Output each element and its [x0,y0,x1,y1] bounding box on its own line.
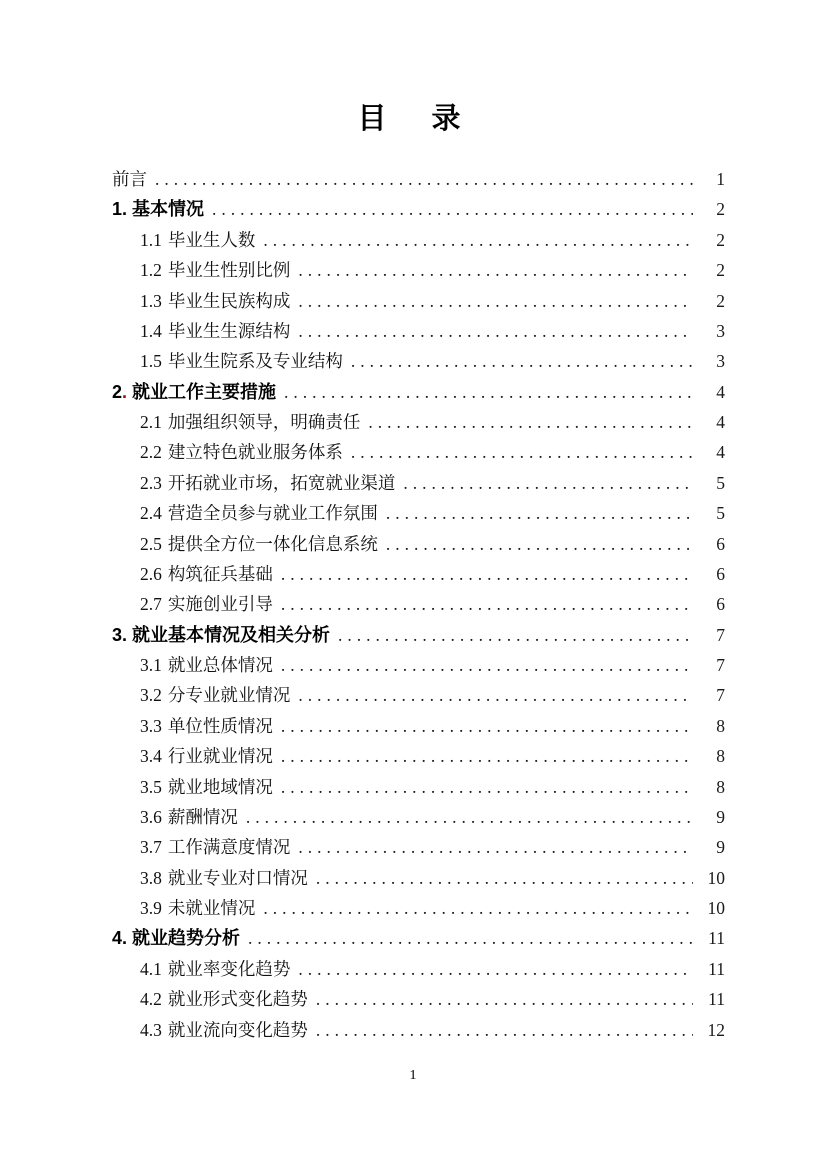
toc-entry[interactable]: 3.3单位性质情况8 [112,711,725,741]
toc-entry-page: 10 [699,893,725,923]
toc-leader-dots [403,468,693,498]
toc-entry[interactable]: 1.4毕业生生源结构3 [112,316,725,346]
toc-entry-number: 4. [112,923,127,953]
toc-leader-dots [338,620,693,650]
toc-leader-dots [351,437,693,467]
toc-entry-page: 4 [699,437,725,467]
toc-entry-number: 3.3 [140,711,162,741]
toc-entry-label: 就业率变化趋势 [168,954,291,984]
toc-entry-label: 就业趋势分析 [132,923,240,953]
toc-entry-page: 10 [699,863,725,893]
toc-leader-dots [298,832,693,862]
toc-entry-label: 薪酬情况 [168,802,238,832]
toc-entry-label: 分专业就业情况 [168,680,291,710]
toc-leader-dots [316,984,693,1014]
toc-entry-number: 2.5 [140,529,162,559]
toc-entry-label: 毕业生院系及专业结构 [168,346,343,376]
toc-entry-number: 4.3 [140,1015,162,1045]
toc-entry-page: 2 [699,194,725,224]
toc-leader-dots [248,923,693,953]
toc-entry-number: 4.1 [140,954,162,984]
toc-entry-number: 2.1 [140,407,162,437]
toc-leader-dots [281,559,693,589]
toc-entry-page: 8 [699,711,725,741]
toc-leader-dots [298,316,693,346]
toc-entry-page: 9 [699,802,725,832]
toc-entry-page: 3 [699,346,725,376]
toc-entry-number: 4.2 [140,984,162,1014]
toc-entry-label: 实施创业引导 [168,589,273,619]
toc-entry-label: 毕业生生源结构 [168,316,291,346]
toc-entry-label: 加强组织领导，明确责任 [168,407,361,437]
toc-leader-dots [316,863,693,893]
toc-entry-page: 12 [699,1015,725,1045]
toc-entry-number: 3.7 [140,832,162,862]
toc-leader-dots [155,164,693,194]
toc-entry-label: 就业形式变化趋势 [168,984,308,1014]
toc-entry-number: 2.2 [140,437,162,467]
toc-entry[interactable]: 4.1就业率变化趋势11 [112,954,725,984]
toc-entry-label: 毕业生民族构成 [168,286,291,316]
toc-leader-dots [281,741,693,771]
toc-entry-label: 毕业生性别比例 [168,255,291,285]
toc-entry-label: 前言 [112,164,147,194]
toc-entry-page: 6 [699,589,725,619]
toc-entry-page: 7 [699,650,725,680]
toc-entry-page: 4 [699,407,725,437]
toc-entry[interactable]: 前言1 [112,164,725,194]
toc-entry-page: 1 [699,164,725,194]
toc-entry-label: 行业就业情况 [168,741,273,771]
toc-leader-dots [284,377,693,407]
toc-entry-label: 就业专业对口情况 [168,863,308,893]
toc-leader-dots [298,255,693,285]
toc-entry-number: 3.8 [140,863,162,893]
toc-entry-label: 建立特色就业服务体系 [168,437,343,467]
toc-entry[interactable]: 3.5就业地域情况8 [112,772,725,802]
toc-leader-dots [281,772,693,802]
toc-entry-number: 3.5 [140,772,162,802]
toc-entry-label: 就业流向变化趋势 [168,1015,308,1045]
toc-entry-number: 3. [112,620,127,650]
toc-list: 前言11.基本情况21.1毕业生人数21.2毕业生性别比例21.3毕业生民族构成… [112,164,725,1045]
toc-entry-number: 3.6 [140,802,162,832]
toc-leader-dots [281,650,693,680]
toc-entry[interactable]: 2.6构筑征兵基础6 [112,559,725,589]
page-title: 目 录 [0,96,826,137]
toc-entry-number: 2.7 [140,589,162,619]
toc-entry-label: 未就业情况 [168,893,256,923]
toc-entry-label: 基本情况 [132,194,204,224]
toc-entry-page: 8 [699,741,725,771]
toc-entry[interactable]: 2.7实施创业引导6 [112,589,725,619]
toc-entry-page: 6 [699,559,725,589]
toc-entry-label: 单位性质情况 [168,711,273,741]
toc-entry-page: 7 [699,620,725,650]
toc-entry[interactable]: 2.4营造全员参与就业工作氛围5 [112,498,725,528]
toc-entry-number: 2.6 [140,559,162,589]
toc-entry[interactable]: 1.5毕业生院系及专业结构3 [112,346,725,376]
toc-leader-dots [351,346,693,376]
toc-entry-label: 就业基本情况及相关分析 [132,620,330,650]
toc-entry[interactable]: 2.1加强组织领导，明确责任4 [112,407,725,437]
toc-entry[interactable]: 2.2建立特色就业服务体系4 [112,437,725,467]
toc-leader-dots [386,498,693,528]
toc-entry[interactable]: 3.4行业就业情况8 [112,741,725,771]
toc-entry-label: 毕业生人数 [168,225,256,255]
toc-leader-dots [281,589,693,619]
toc-entry-label: 就业总体情况 [168,650,273,680]
toc-entry[interactable]: 4.就业趋势分析11 [112,923,725,953]
toc-leader-dots [212,194,693,224]
toc-entry-number-dot: . [122,382,127,402]
toc-leader-dots [316,1015,693,1045]
toc-entry-number: 1.2 [140,255,162,285]
toc-entry[interactable]: 2.3开拓就业市场，拓宽就业渠道5 [112,468,725,498]
toc-entry[interactable]: 1.2毕业生性别比例2 [112,255,725,285]
toc-leader-dots [368,407,693,437]
toc-entry-label: 开拓就业市场，拓宽就业渠道 [168,468,396,498]
toc-leader-dots [246,802,693,832]
toc-entry-number: 1.4 [140,316,162,346]
toc-entry[interactable]: 4.3就业流向变化趋势12 [112,1015,725,1045]
toc-entry[interactable]: 3.7工作满意度情况9 [112,832,725,862]
toc-entry[interactable]: 1.1毕业生人数2 [112,225,725,255]
footer-page-number: 1 [0,1068,826,1084]
toc-leader-dots [281,711,693,741]
toc-entry-page: 2 [699,255,725,285]
toc-leader-dots [263,893,693,923]
toc-entry-page: 5 [699,468,725,498]
toc-entry-label: 就业工作主要措施 [132,377,276,407]
toc-entry-page: 11 [699,954,725,984]
toc-entry[interactable]: 3.9未就业情况10 [112,893,725,923]
toc-entry-number: 3.4 [140,741,162,771]
toc-entry-number: 1. [112,194,127,224]
toc-leader-dots [263,225,693,255]
toc-entry-number: 3.2 [140,680,162,710]
toc-entry-page: 2 [699,225,725,255]
toc-leader-dots [298,286,693,316]
toc-entry-number-base: 2 [112,382,122,402]
toc-leader-dots [298,954,693,984]
toc-entry[interactable]: 2.就业工作主要措施4 [112,377,725,407]
toc-entry-label: 提供全方位一体化信息系统 [168,529,378,559]
toc-entry-page: 11 [699,984,725,1014]
toc-leader-dots [386,529,693,559]
toc-entry-label: 工作满意度情况 [168,832,291,862]
toc-entry-number: 1.3 [140,286,162,316]
toc-entry[interactable]: 3.8就业专业对口情况10 [112,863,725,893]
toc-entry-number: 3.1 [140,650,162,680]
toc-entry-label: 营造全员参与就业工作氛围 [168,498,378,528]
toc-entry-label: 构筑征兵基础 [168,559,273,589]
toc-entry-number: 1.5 [140,346,162,376]
toc-entry[interactable]: 1.3毕业生民族构成2 [112,286,725,316]
toc-entry-page: 4 [699,377,725,407]
toc-entry[interactable]: 2.5提供全方位一体化信息系统6 [112,529,725,559]
toc-entry[interactable]: 3.就业基本情况及相关分析7 [112,620,725,650]
toc-leader-dots [298,680,693,710]
toc-entry[interactable]: 3.6薪酬情况9 [112,802,725,832]
toc-entry-page: 8 [699,772,725,802]
toc-entry[interactable]: 1.基本情况2 [112,194,725,224]
toc-entry-label: 就业地域情况 [168,772,273,802]
toc-entry[interactable]: 3.1就业总体情况7 [112,650,725,680]
toc-entry-page: 7 [699,680,725,710]
toc-entry-number: 2.4 [140,498,162,528]
toc-entry-number: 3.9 [140,893,162,923]
toc-entry[interactable]: 4.2就业形式变化趋势11 [112,984,725,1014]
toc-entry-number: 2. [112,377,127,407]
toc-entry-page: 5 [699,498,725,528]
toc-entry-number: 1.1 [140,225,162,255]
toc-entry-page: 11 [699,923,725,953]
toc-entry[interactable]: 3.2分专业就业情况7 [112,680,725,710]
toc-entry-page: 3 [699,316,725,346]
toc-entry-number: 2.3 [140,468,162,498]
toc-entry-page: 9 [699,832,725,862]
toc-entry-page: 2 [699,286,725,316]
toc-entry-page: 6 [699,529,725,559]
